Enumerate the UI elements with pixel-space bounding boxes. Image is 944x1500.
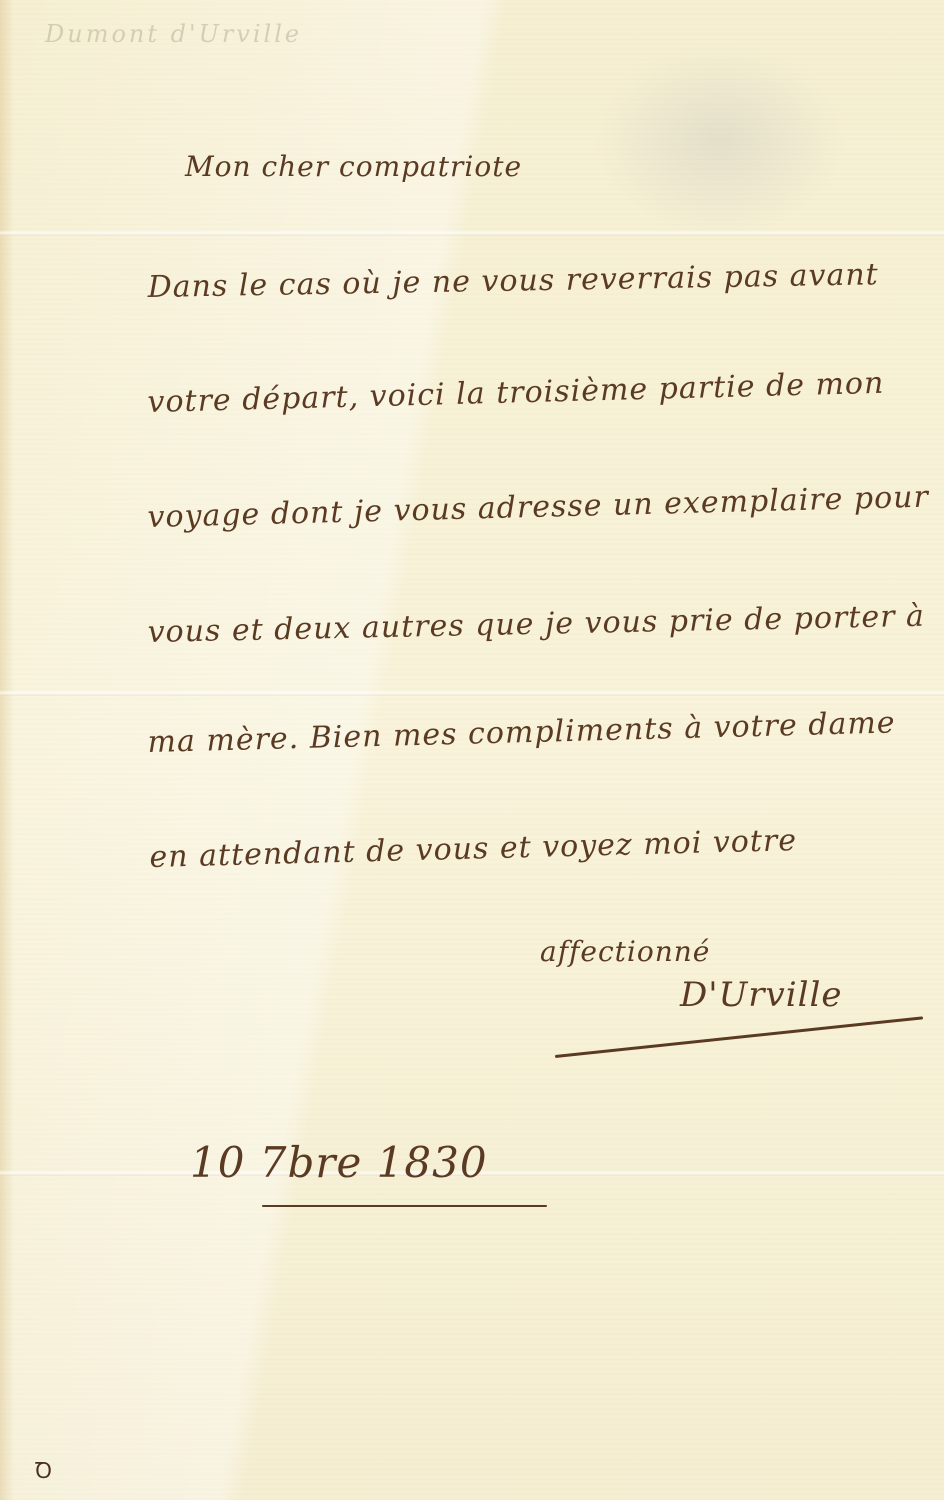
closing: affectionné bbox=[540, 935, 710, 968]
paper-fold bbox=[0, 230, 944, 236]
letter-date: 10 7bre 1830 bbox=[190, 1138, 488, 1187]
date-underline bbox=[262, 1205, 547, 1207]
paper-edge-stain bbox=[0, 0, 14, 1500]
corner-mark: Ꝺ bbox=[35, 1455, 52, 1485]
paper-fold bbox=[0, 690, 944, 696]
signature: D'Urville bbox=[680, 975, 842, 1015]
pencil-annotation: Dumont d'Urville bbox=[45, 20, 302, 48]
salutation: Mon cher compatriote bbox=[185, 150, 522, 183]
